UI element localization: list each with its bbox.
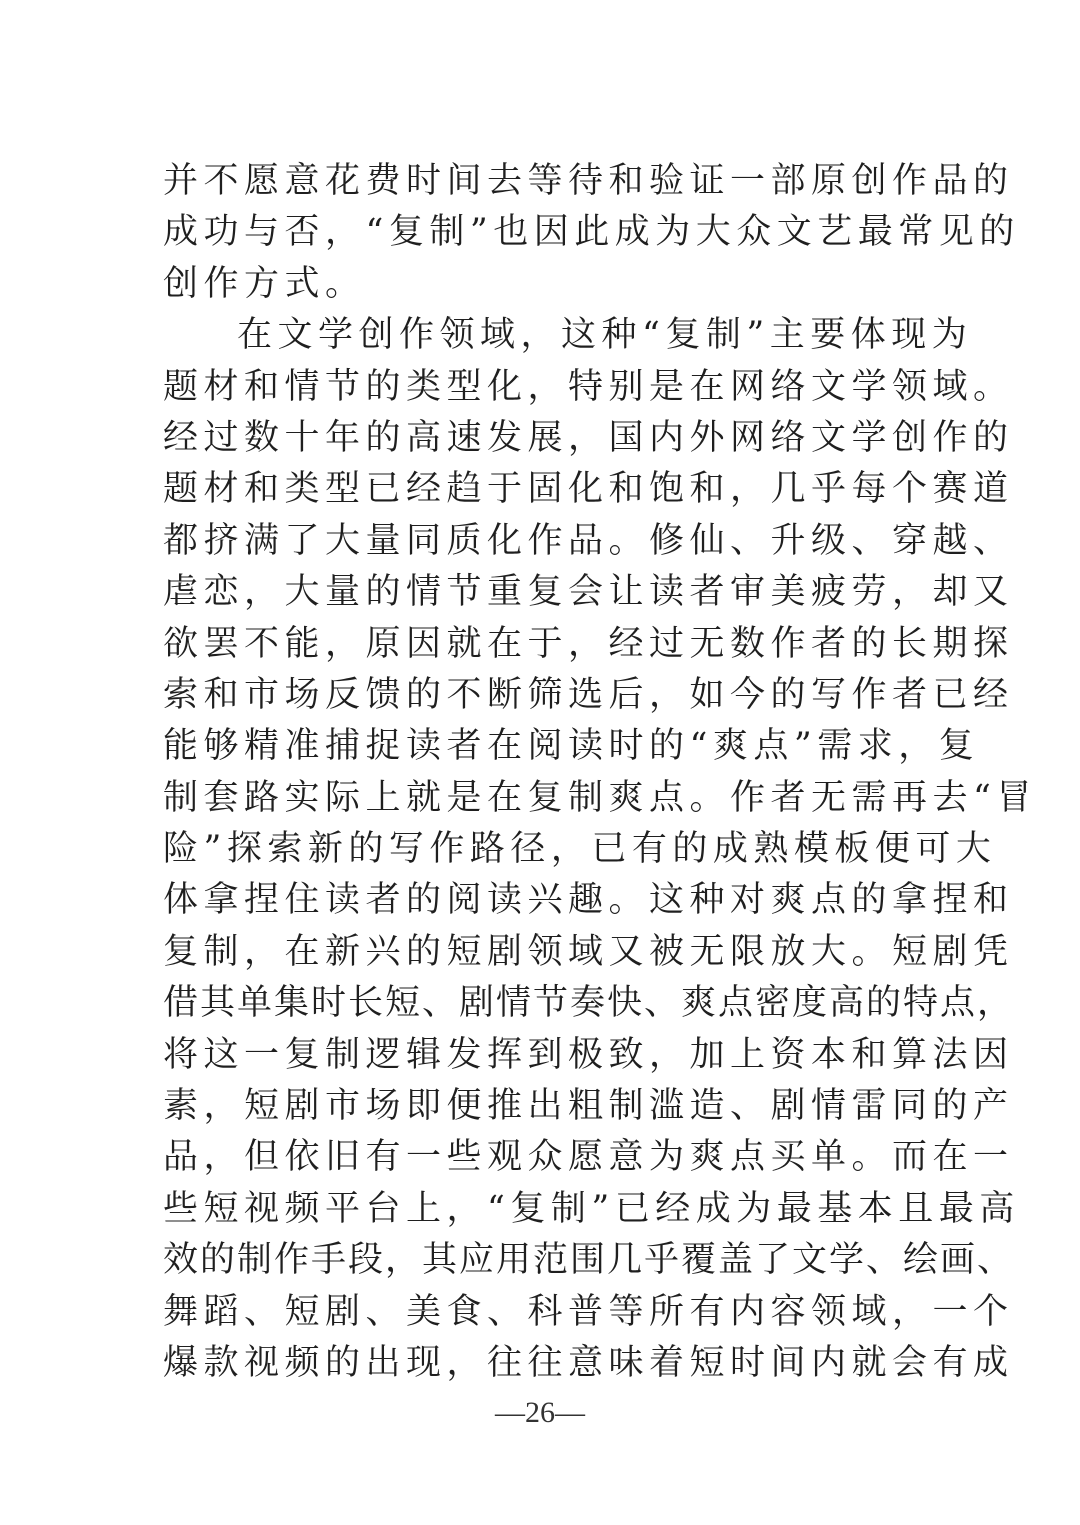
text-line: 题材和类型已经趋于固化和饱和，几乎每个赛道 — [163, 464, 923, 515]
text-line: 将这一复制逻辑发挥到极致，加上资本和算法因 — [163, 1030, 923, 1081]
text-line: 成功与否，“复制”也因此成为大众文艺最常见的 — [163, 207, 923, 258]
text-line: 爆款视频的出现，往往意味着短时间内就会有成 — [163, 1338, 923, 1389]
paragraph-start-line: 在文学创作领域，这种“复制”主要体现为 — [163, 310, 923, 361]
text-line: 些短视频平台上，“复制”已经成为最基本且最高 — [163, 1184, 923, 1235]
text-line: 借其单集时长短、剧情节奏快、爽点密度高的特点， — [163, 978, 923, 1029]
text-line: 欲罢不能，原因就在于，经过无数作者的长期探 — [163, 619, 923, 670]
text-line: 题材和情节的类型化，特别是在网络文学领域。 — [163, 362, 923, 413]
text-line: 效的制作手段，其应用范围几乎覆盖了文学、绘画、 — [163, 1235, 923, 1286]
page-number: —26— — [0, 1393, 1080, 1433]
text-line: 索和市场反馈的不断筛选后，如今的写作者已经 — [163, 670, 923, 721]
text-line: 舞蹈、短剧、美食、科普等所有内容领域，一个 — [163, 1287, 923, 1338]
text-line: 并不愿意花费时间去等待和验证一部原创作品的 — [163, 156, 923, 207]
document-page: 并不愿意花费时间去等待和验证一部原创作品的 成功与否，“复制”也因此成为大众文艺… — [0, 0, 1080, 1525]
text-line: 品，但依旧有一些观众愿意为爽点买单。而在一 — [163, 1132, 923, 1183]
text-line: 体拿捏住读者的阅读兴趣。这种对爽点的拿捏和 — [163, 875, 923, 926]
text-line: 都挤满了大量同质化作品。修仙、升级、穿越、 — [163, 516, 923, 567]
text-line: 制套路实际上就是在复制爽点。作者无需再去“冒 — [163, 773, 923, 824]
body-text: 并不愿意花费时间去等待和验证一部原创作品的 成功与否，“复制”也因此成为大众文艺… — [163, 156, 923, 1389]
text-line: 创作方式。 — [163, 259, 923, 310]
text-line: 经过数十年的高速发展，国内外网络文学创作的 — [163, 413, 923, 464]
text-line: 复制，在新兴的短剧领域又被无限放大。短剧凭 — [163, 927, 923, 978]
text-line: 虐恋，大量的情节重复会让读者审美疲劳，却又 — [163, 567, 923, 618]
text-line: 素，短剧市场即便推出粗制滥造、剧情雷同的产 — [163, 1081, 923, 1132]
text-line: 能够精准捕捉读者在阅读时的“爽点”需求，复 — [163, 721, 923, 772]
text-line: 险”探索新的写作路径，已有的成熟模板便可大 — [163, 824, 923, 875]
